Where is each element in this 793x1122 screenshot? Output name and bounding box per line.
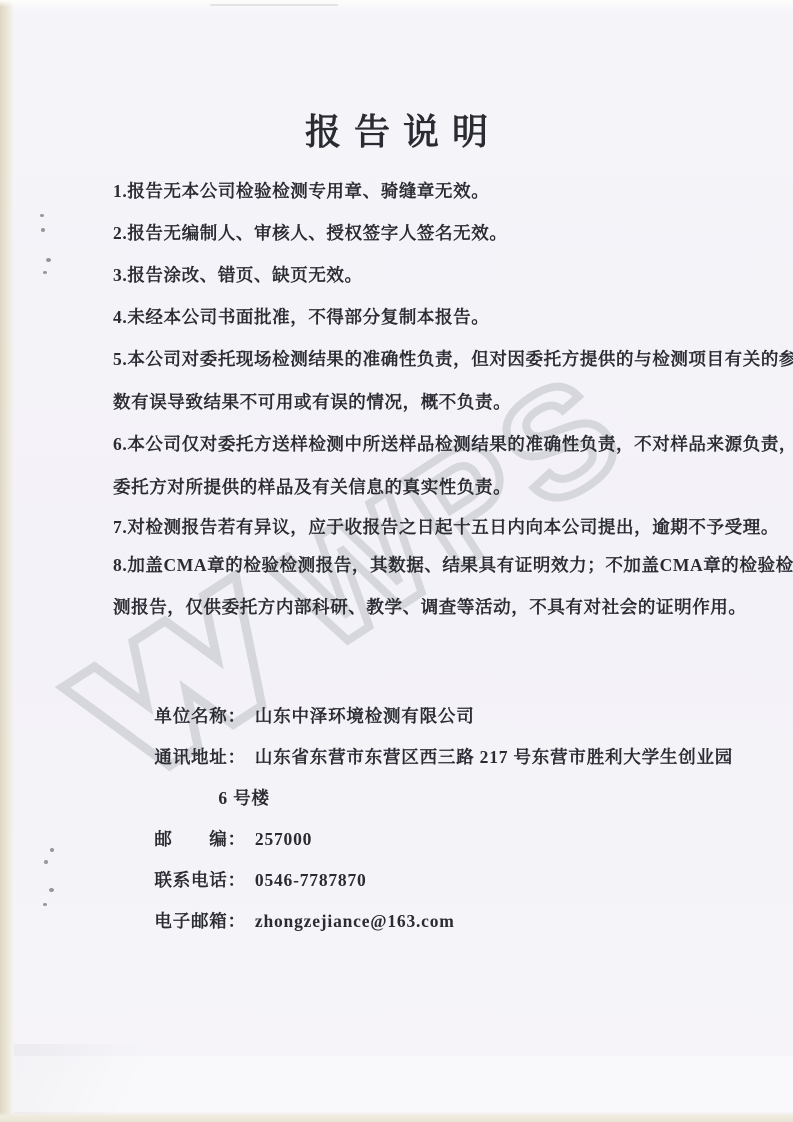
page-title: 报告说明 bbox=[0, 104, 793, 155]
note-line: 2.报告无编制人、审核人、授权签字人签名无效。 bbox=[113, 220, 507, 245]
note-line: 1.报告无本公司检验检测专用章、骑缝章无效。 bbox=[113, 178, 489, 203]
note-line: 3.报告涂改、错页、缺页无效。 bbox=[113, 262, 363, 287]
note-line: 4.未经本公司书面批准，不得部分复制本报告。 bbox=[113, 304, 489, 329]
contact-label: 电子邮箱： bbox=[154, 911, 246, 931]
document-content: 报告说明 1.报告无本公司检验检测专用章、骑缝章无效。 2.报告无编制人、审核人… bbox=[0, 0, 793, 1122]
contact-row: 电子邮箱：zhongzejiance@163.com bbox=[113, 887, 455, 954]
note-line: 委托方对所提供的样品及有关信息的真实性负责。 bbox=[113, 474, 511, 499]
note-line: 6.本公司仅对委托方送样检测中所送样品检测结果的准确性负责，不对样品来源负责， bbox=[113, 431, 793, 456]
note-line: 5.本公司对委托现场检测结果的准确性负责，但对因委托方提供的与检测项目有关的参 bbox=[113, 346, 793, 371]
note-line: 7.对检测报告若有异议，应于收报告之日起十五日内向本公司提出，逾期不予受理。 bbox=[113, 514, 779, 539]
contact-value: 山东省东营市东营区西三路 217 号东营市胜利大学生创业园 bbox=[255, 747, 733, 767]
note-line: 数有误导致结果不可用或有误的情况，概不负责。 bbox=[113, 389, 511, 414]
contact-value: zhongzejiance@163.com bbox=[255, 911, 455, 931]
note-line: 8.加盖CMA章的检验检测报告，其数据、结果具有证明效力；不加盖CMA章的检验检 bbox=[113, 552, 793, 577]
note-line: 测报告，仅供委托方内部科研、教学、调查等活动，不具有对社会的证明作用。 bbox=[113, 594, 747, 619]
scanned-report-page: WPS 报告说明 1.报告无本公司检验检测专用章、骑缝章无效。 2.报告无编制人… bbox=[0, 0, 793, 1122]
